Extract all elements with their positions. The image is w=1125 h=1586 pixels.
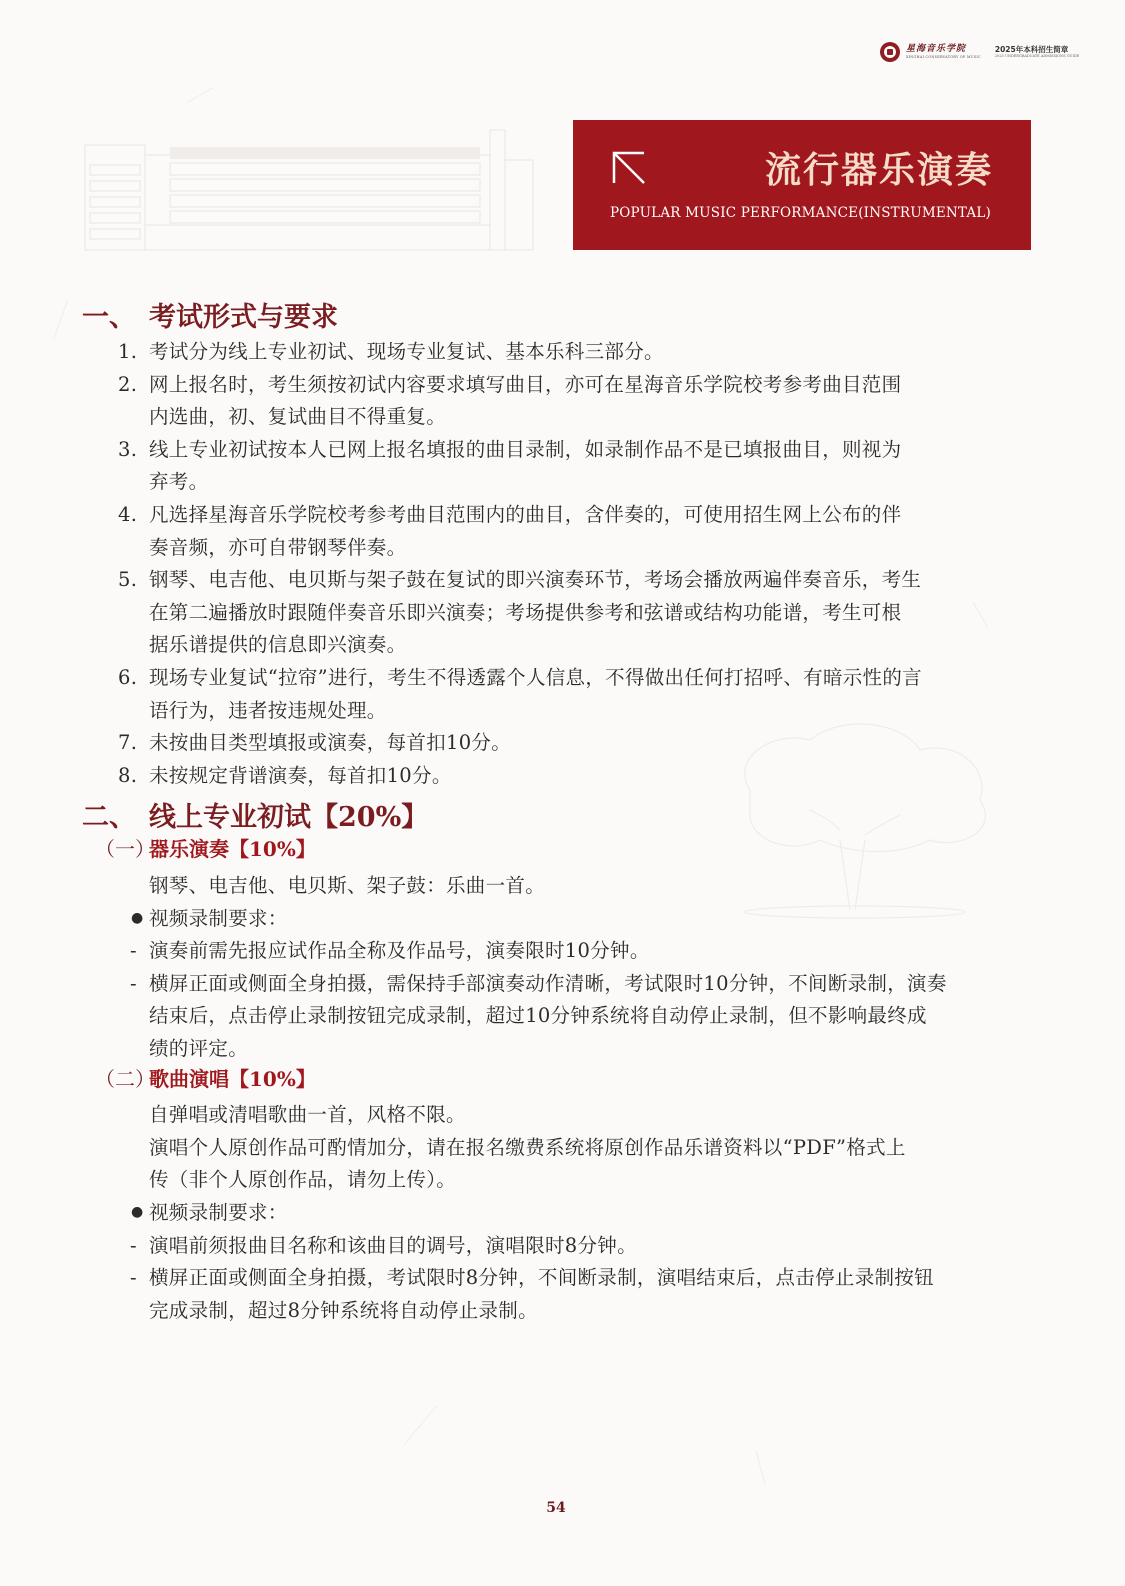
guide-title-en: 2025 UNDERGRADUATE ADMISSIONS GUIDE [995,55,1079,59]
list-item-number: 3. [118,433,137,466]
list-item-number: 7. [118,726,137,759]
list-item-number: 8. [118,759,137,792]
description-text: 演唱个人原创作品可酌情加分，请在报名缴费系统将原创作品乐谱资料以“PDF”格式上 [149,1131,906,1164]
list-item-text: 未按曲目类型填报或演奏，每首扣10分。 [149,726,511,759]
tree-illustration [690,720,1020,920]
arrow-up-left-icon [611,150,647,186]
bullet-text: 视频录制要求： [149,902,288,935]
list-item-text: 未按规定背谱演奏，每首扣10分。 [149,759,452,792]
list-item-text: 在第二遍播放时跟随伴奏音乐即兴演奏；考场提供参考和弦谱或结构功能谱，考生可根 [149,596,901,629]
section-heading-2: 二、线上专业初试【20%】 [82,795,428,834]
list-item-number: 2. [118,368,137,401]
banner-title: 流行器乐演奏 [765,142,993,193]
list-item-number: 6. [118,661,137,694]
requirement-text: 绩的评定。 [149,1032,248,1065]
subsection-title: 歌曲演唱【10%】 [149,1063,316,1092]
requirement-text: 横屏正面或侧面全身拍摄，考试限时8分钟，不间断录制，演唱结束后，点击停止录制按钮 [149,1261,934,1294]
requirement-text: 结束后，点击停止录制按钮完成录制，超过10分钟系统将自动停止录制，但不影响最终成 [149,999,927,1032]
list-item-text: 考试分为线上专业初试、现场专业复试、基本乐科三部分。 [149,335,664,368]
requirement-text: 演唱前须报曲目名称和该曲目的调号，演唱限时8分钟。 [149,1229,637,1262]
banner-subtitle: POPULAR MUSIC PERFORMANCE(INSTRUMENTAL) [610,205,991,221]
list-item-text: 钢琴、电吉他、电贝斯与架子鼓在复试的即兴演奏环节，考场会播放两遍伴奏音乐，考生 [149,563,921,596]
program-banner: 流行器乐演奏 POPULAR MUSIC PERFORMANCE(INSTRUM… [573,120,1031,250]
building-illustration [80,125,535,252]
school-name-en: XINGHAI CONSERVATORY OF MUSIC [906,56,981,60]
list-item-text: 凡选择星海音乐学院校考参考曲目范围内的曲目，含伴奏的，可使用招生网上公布的伴 [149,498,901,531]
description-text: 自弹唱或清唱歌曲一首，风格不限。 [149,1098,466,1131]
list-item-text: 网上报名时，考生须按初试内容要求填写曲目，亦可在星海音乐学院校考参考曲目范围 [149,368,901,401]
list-item-number: 1. [118,335,137,368]
section-number: 二、 [82,795,149,834]
list-item-text: 据乐谱提供的信息即兴演奏。 [149,628,406,661]
list-item-text: 弃考。 [149,465,208,498]
list-item-text: 奏音频，亦可自带钢琴伴奏。 [149,531,406,564]
list-item-text: 语行为，违者按违规处理。 [149,694,387,727]
list-item-text: 线上专业初试按本人已网上报名填报的曲目录制，如录制作品不是已填报曲目，则视为 [149,433,901,466]
header-logo: 星海音乐学院 XINGHAI CONSERVATORY OF MUSIC 202… [880,42,1079,62]
subsection-heading: （一）器乐演奏【10%】 [95,833,316,862]
dash-icon: - [130,934,137,967]
subsection-number: （一） [95,833,149,862]
dash-icon: - [130,967,137,1000]
requirement-text: 演奏前需先报应试作品全称及作品号，演奏限时10分钟。 [149,934,650,967]
subsection-number: （二） [95,1063,149,1092]
page-number: 54 [0,1500,1112,1516]
bullet-icon: ● [131,902,144,935]
school-name-cn: 星海音乐学院 [906,45,981,54]
bullet-icon: ● [131,1196,144,1229]
list-item-number: 4. [118,498,137,531]
list-item-text: 内选曲，初、复试曲目不得重复。 [149,400,446,433]
section-heading-1: 一、考试形式与要求 [82,295,338,334]
dash-icon: - [130,1229,137,1262]
requirement-text: 横屏正面或侧面全身拍摄，需保持手部演奏动作清晰，考试限时10分钟，不间断录制，演… [149,967,947,1000]
subsection-heading: （二）歌曲演唱【10%】 [95,1063,316,1092]
school-emblem-icon [880,42,900,62]
description-text: 钢琴、电吉他、电贝斯、架子鼓：乐曲一首。 [149,869,545,902]
description-text: 传（非个人原创作品，请勿上传）。 [149,1163,456,1196]
dash-icon: - [130,1261,137,1294]
bullet-text: 视频录制要求： [149,1196,288,1229]
section-title: 考试形式与要求 [149,295,338,334]
section-number: 一、 [82,295,149,334]
list-item-text: 现场专业复试“拉帘”进行，考生不得透露个人信息，不得做出任何打招呼、有暗示性的言 [149,661,922,694]
list-item-number: 5. [118,563,137,596]
subsection-title: 器乐演奏【10%】 [149,833,316,862]
guide-title-cn: 2025年本科招生简章 [995,46,1079,54]
requirement-text: 完成录制，超过8分钟系统将自动停止录制。 [149,1294,538,1327]
section-title: 线上专业初试【20%】 [149,795,428,834]
